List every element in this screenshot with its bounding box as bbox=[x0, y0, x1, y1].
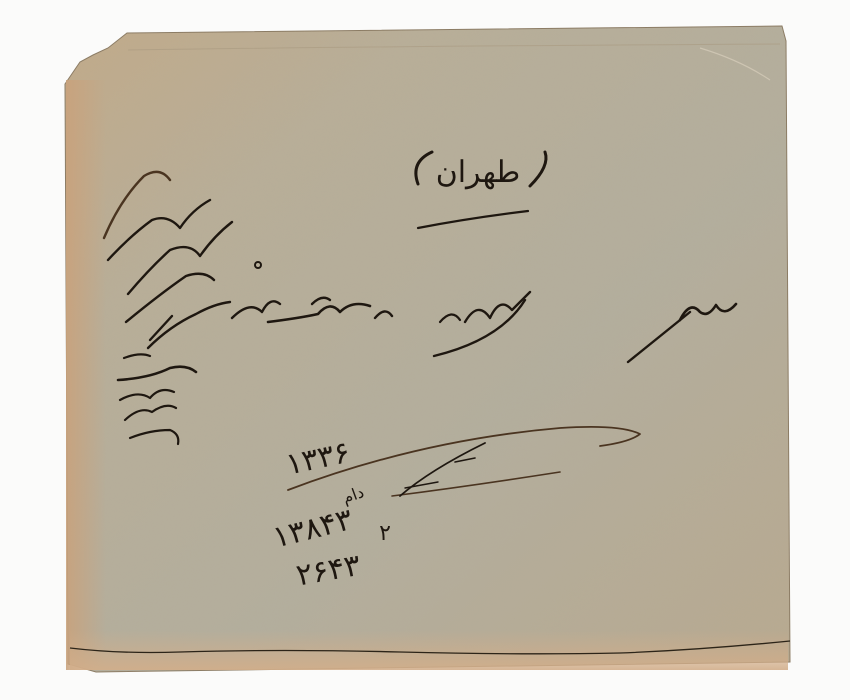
svg-text:طهران: طهران bbox=[436, 155, 521, 190]
svg-text:۲: ۲ bbox=[379, 521, 391, 546]
envelope-photo: طهران ۱۳۳۶ دام ۱۳۸۴۳ ۲ bbox=[0, 0, 850, 700]
